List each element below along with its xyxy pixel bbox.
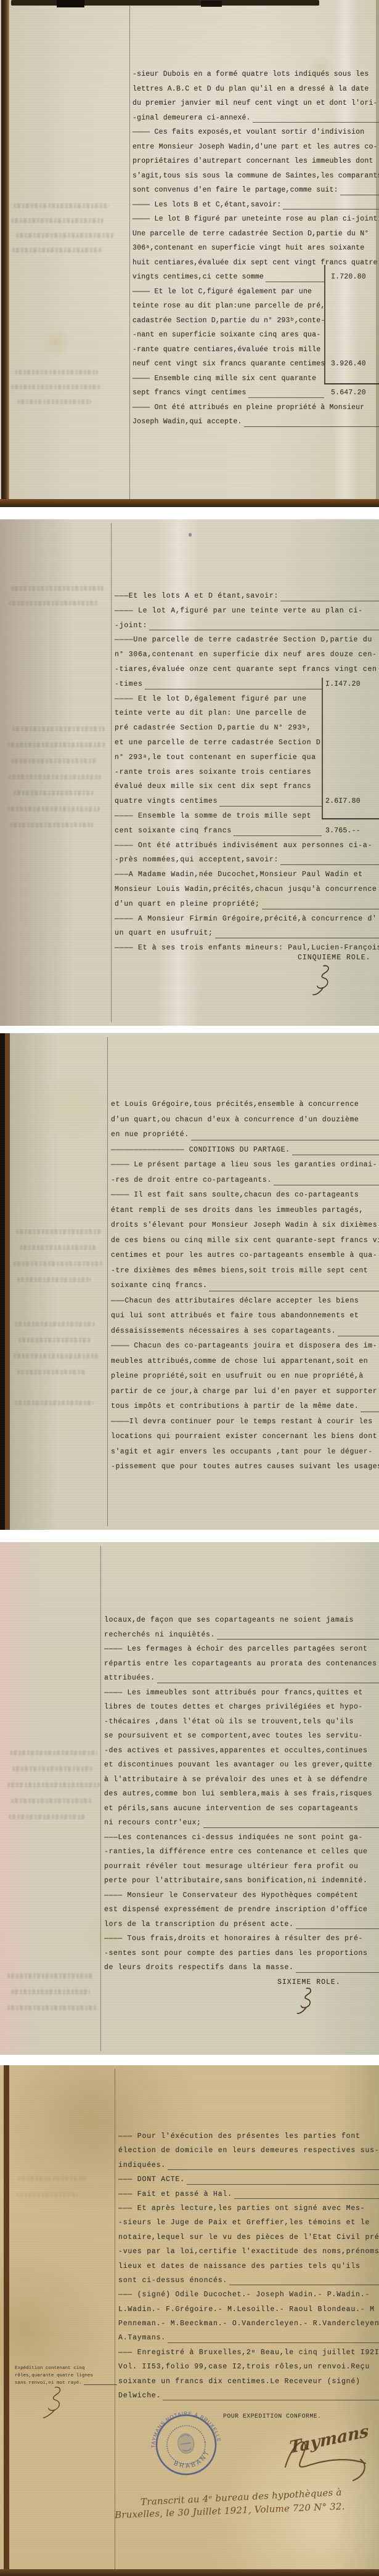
bleedthrough-text: [12, 726, 105, 731]
typed-line: recherchés ni inquiètés.: [104, 1628, 379, 1643]
typed-line: sont convenus d'en faire le partage,comm…: [132, 183, 379, 198]
typed-text-block: ——— Pour l'éxécution des présentes les p…: [118, 2129, 379, 2403]
typed-line: lors de la transcription du présent acte…: [104, 1917, 379, 1932]
binding-edge: [4, 2065, 9, 2576]
bleedthrough-text: [18, 1338, 91, 1343]
typed-line: ———— Ces faits exposés,et voulant sortir…: [132, 125, 379, 140]
typed-line: perte pour l'attributaire,sans bonificat…: [104, 1874, 379, 1888]
typed-line: ———Et les lots A et D étant,savoir:: [115, 589, 379, 604]
typed-line: élection de domicile en leurs demeures r…: [118, 2143, 379, 2158]
scan-page-3: et Louis Grégoire,tous précités,ensemble…: [0, 1033, 379, 1530]
typed-line: Delwiche.: [118, 2389, 379, 2403]
typed-line: et Louis Grégoire,tous précités,ensemble…: [111, 1097, 379, 1113]
typed-line: sept francs vingt centimes5.647.20: [132, 386, 379, 400]
typed-line: des autres,comme bon lui semblera,mais à…: [104, 1787, 379, 1802]
typed-text-block: -sieur Dubois en a formé quatre lots ind…: [132, 67, 379, 429]
typed-line: sans renvoi,ni mot rayé.: [15, 2379, 117, 2387]
handwritten-paraph: [309, 964, 332, 996]
amount-value: 3.765.--: [325, 824, 361, 839]
typed-text-block: ———Et les lots A et D étant,savoir:———— …: [115, 589, 379, 956]
bleedthrough-text: [9, 1814, 85, 1819]
bleedthrough-text: [20, 1245, 97, 1250]
bleedthrough-text: [12, 248, 102, 253]
bleedthrough-text: [12, 1766, 92, 1771]
margin-rule-line: [129, 4, 130, 503]
bleedthrough-text: [14, 1261, 103, 1266]
typed-line: -res de droit entre co-partageants.: [111, 1173, 379, 1188]
typed-line: cent soixante cinq francs3.765.--: [115, 824, 379, 839]
bleedthrough-text: [11, 384, 100, 389]
bleedthrough-text: [16, 2192, 78, 2197]
binding-edge: [0, 499, 379, 507]
bleedthrough-text: [7, 742, 106, 747]
typed-line: ———— Les fermages à échoir des parcelles…: [104, 1642, 379, 1657]
typed-line: du premier janvier mil neuf cent vingt u…: [132, 96, 379, 111]
typed-line: notaire,lequel sur le vu des pièces de l…: [118, 2230, 379, 2245]
typed-line: -rante trois ares soixante trois centiar…: [115, 765, 379, 780]
typed-line: -vues par la loi,certifie l'exactitude d…: [118, 2245, 379, 2259]
typed-text-block: et Louis Grégoire,tous précités,ensemble…: [111, 1097, 379, 1475]
amount-value: 5.647.20: [331, 386, 366, 400]
bleedthrough-text: [14, 1354, 99, 1359]
typed-line: centimes et pour les autres co-partagean…: [111, 1248, 379, 1264]
typed-line: pleine propriété,soit en usufruit ou en …: [111, 1369, 379, 1384]
amount-column-rule: [322, 678, 323, 818]
sum-total-rule: [322, 818, 379, 819]
typed-line: entre Monsieur Joseph Wadin,d'une part e…: [132, 140, 379, 155]
typed-line: ————Une parcelle de terre cadastrée Sect…: [115, 633, 379, 648]
typed-line: répartis entre les copartageants au pror…: [104, 1657, 379, 1672]
typed-line: ———— Et le lot D,également figuré par un…: [115, 692, 379, 707]
margin-rule-line: [115, 2069, 115, 2572]
typed-line: pourrait révéler tout mesurage ultérieur…: [104, 1859, 379, 1874]
typed-line: -sieur Dubois en a formé quatre lots ind…: [132, 67, 379, 82]
amount-column-rule: [324, 265, 325, 383]
typed-line: s'agit,tous sis sous la commune de Saint…: [132, 169, 379, 184]
bleedthrough-text: [18, 2176, 86, 2181]
ink-speck: [189, 533, 192, 537]
typed-line: ———— Ensemble la somme de trois mille se…: [115, 809, 379, 824]
typed-line: soixante cinq francs.: [111, 1278, 379, 1294]
page-edge-shadow: [11, 0, 319, 6]
typed-text-block: locaux,de façon que ses copartageants ne…: [104, 1613, 379, 1975]
typed-line: ———— Les immeubles sont attribués pour f…: [104, 1686, 379, 1700]
typed-line: ———— Les lots B et C,étant,savoir:: [132, 198, 379, 213]
typed-line: ———— Ont été attribués en pleine proprié…: [132, 400, 379, 415]
typed-line: attribuées.: [104, 1671, 379, 1686]
amount-value: 3.926.40: [331, 357, 366, 372]
amount-value: I.I47.20: [325, 677, 361, 692]
typed-line: -joint:: [115, 619, 379, 633]
typed-line: se poursuivent et se comportent,avec tou…: [104, 1729, 379, 1744]
bleedthrough-text: [11, 586, 104, 591]
typed-line: ——— (signé) Odile Ducochet.- Joseph Wadi…: [118, 2288, 379, 2302]
typed-line: -nant en superficie soixante cinq ares q…: [132, 328, 379, 343]
typed-line: teinte rose au dit plan:une parcelle de …: [132, 299, 379, 314]
typed-line: à l'attributaire à se prévaloir des unes…: [104, 1773, 379, 1787]
typed-line: ——— Fait et passé à Hal.: [118, 2187, 379, 2201]
bleedthrough-text: [7, 1973, 94, 1978]
typed-line: -tre dixièmes des mêmes biens,soit trois…: [111, 1264, 379, 1279]
typed-line: Expédition contenant cinq: [15, 2365, 117, 2372]
typed-line: ——— Et après lecture,les parties ont sig…: [118, 2201, 379, 2216]
bleedthrough-text: [15, 370, 98, 375]
sum-total-rule: [324, 383, 379, 384]
stamp-arc-bottom-text: BRABANT: [171, 2448, 213, 2472]
typed-line: et discontinues pouvant les avantager ou…: [104, 1758, 379, 1773]
typed-line: -ranties,la différence entre ces contena…: [104, 1845, 379, 1859]
bleedthrough-text: [10, 1750, 97, 1755]
typed-line: un quart en usufruit;: [115, 926, 379, 941]
bleedthrough-text: [9, 601, 98, 606]
bleedthrough-text: [7, 2005, 97, 2010]
typed-line: ——— Pour l'éxécution des présentes les p…: [118, 2129, 379, 2143]
typed-line: vingts centimes,ci cette sommeI.720.80: [132, 270, 379, 285]
typed-line: -timesI.I47.20: [115, 677, 379, 692]
typed-line: ———— Et le lot C,figuré également par un…: [132, 285, 379, 299]
typed-line: ni recours contr'eux;: [104, 1816, 379, 1830]
typed-line: L.Wadin.- F.Grégoire.- M.Lesoille.- Raou…: [118, 2302, 379, 2317]
bleedthrough-text: [17, 1370, 86, 1375]
svg-text:BRABANT: BRABANT: [171, 2448, 213, 2472]
typed-line: Penneman.- M.Beeckman.- O.Vandercleyen.-…: [118, 2317, 379, 2331]
typed-line: locations qui pourraient exister concern…: [111, 1429, 379, 1445]
typed-line: locaux,de façon que ses copartageants ne…: [104, 1613, 379, 1628]
scan-page-4: locaux,de façon que ses copartageants ne…: [0, 1542, 379, 2055]
typed-line: -ginal demeurera ci-annexé.: [132, 111, 379, 126]
typed-line: ———Chacun des attributaires déclare acce…: [111, 1294, 379, 1309]
bleedthrough-text: [11, 218, 104, 223]
bleedthrough-text: [15, 1322, 95, 1327]
bleedthrough-text: [16, 233, 115, 238]
typed-line: -pissement que pour toutes autres causes…: [111, 1460, 379, 1475]
expedition-margin-note: Expédition contenant cinqrôles,quarante …: [15, 2365, 117, 2387]
page-edge-shadow: [57, 0, 84, 7]
typed-line: ———— Le présent partage a lieu sous les …: [111, 1158, 379, 1173]
margin-rule-line: [111, 523, 112, 1022]
typed-line: tous impôts et contributions à partir de…: [111, 1399, 379, 1415]
bleedthrough-text: [14, 790, 94, 795]
typed-line: -près nommées,qui acceptent,savoir:: [115, 853, 379, 867]
role-number-label: CINQUIEME ROLE.: [298, 954, 371, 962]
typed-line: ——— DONT ACTE.: [118, 2172, 379, 2187]
typed-line: déssaisissements nécessaires à ses copar…: [111, 1324, 379, 1339]
certification-line: POUR EXPEDITION CONFORME.: [223, 2413, 321, 2420]
margin-rule-line: [107, 1037, 108, 1526]
scanned-notarial-deed-stack: -sieur Dubois en a formé quatre lots ind…: [0, 0, 379, 2576]
handwritten-paraph: [41, 2383, 63, 2421]
typed-line: n° 293ᵃ,le tout contenant en superficie …: [115, 750, 379, 765]
binding-edge: [1, 0, 9, 507]
bleedthrough-text: [11, 758, 97, 763]
typed-line: teinte verte au dit plan: Une parcelle d…: [115, 706, 379, 721]
role-number-label: SIXIEME ROLE.: [277, 1978, 341, 1986]
typed-line: d'un quart en pleine propriété;: [115, 897, 379, 912]
typed-line: ———— Le lot B figuré par uneteinte rose …: [132, 212, 379, 227]
typed-line: ——— Enregistré à Bruxelles,2ᵉ Beau,le ci…: [118, 2346, 379, 2360]
typed-line: Vol. II53,folio 99,case I2,trois rôles,u…: [118, 2360, 379, 2374]
typed-line: ———A Madame Wadin,née Ducochet,Monsieur …: [115, 867, 379, 882]
bleedthrough-text: [14, 203, 109, 208]
amount-value: I.720.80: [331, 270, 366, 285]
typed-line: partir de ce jour,à charge par lui d'en …: [111, 1384, 379, 1400]
typed-line: rôles,quarante quatre lignes: [15, 2372, 117, 2379]
typed-line: lieux et dates de naissance des parties …: [118, 2259, 379, 2273]
typed-line: ———— Le lot A,figuré par une teinte vert…: [115, 604, 379, 619]
typed-line: ———— Chacun des co-partageants jouira et…: [111, 1339, 379, 1354]
typed-line: 306ᵃ,contenant en superficie vingt huit …: [132, 241, 379, 256]
typed-line: -tiares,évaluée onze cent quarante sept …: [115, 662, 379, 677]
typed-line: ———— Ont été attribués indivisément aux …: [115, 839, 379, 853]
typed-line: de leurs droits respectifs dans la masse…: [104, 1960, 379, 1975]
typed-line: est dispensé expressément de prendre ins…: [104, 1903, 379, 1917]
typed-line: et périls,sans aucune intervention de se…: [104, 1802, 379, 1816]
typed-line: -sieurs le Juge de Paix et Greffier,les …: [118, 2216, 379, 2230]
typed-line: ———— Il est fait sans soulte,chacun des …: [111, 1188, 379, 1203]
bleedthrough-text: [7, 807, 100, 811]
typed-line: meubles attribués,comme de chose lui app…: [111, 1354, 379, 1370]
typed-line: d'un quart,ou chacun d'eux à concurrence…: [111, 1113, 379, 1128]
typed-line: ———— Tous frais,droits et honoraires à r…: [104, 1932, 379, 1946]
typed-line: ———— Monsieur le Conservateur des Hypoth…: [104, 1888, 379, 1903]
typed-line: évalué deux mille six cent dix sept fran…: [115, 779, 379, 794]
bleedthrough-text: [9, 774, 101, 779]
bleedthrough-text: [7, 1782, 100, 1787]
scan-page-5: ——— Pour l'éxécution des présentes les p…: [0, 2065, 379, 2576]
binding-edge: [0, 1033, 5, 1530]
margin-rule-line: [100, 1546, 101, 2051]
typed-line: ———— A Monsieur Firmin Grégoire,précité,…: [115, 912, 379, 927]
bleedthrough-text: [16, 1229, 102, 1234]
typed-line: s'agit et agir envers les occupants ,tan…: [111, 1445, 379, 1460]
bleedthrough-text: [17, 1277, 91, 1282]
typed-line: cadastrée Section D,partie du n° 293ᵇ,co…: [132, 314, 379, 328]
bleedthrough-text: [15, 1400, 94, 1405]
typed-line: propriétaires d'autrepart concernant les…: [132, 154, 379, 169]
binding-edge: [0, 2569, 379, 2576]
typed-line: ————Il devra continuer pour le temps res…: [111, 1415, 379, 1430]
typed-line: soixante un francs dix centimes.Le Recev…: [118, 2375, 379, 2389]
page-edge-shadow: [201, 1, 222, 7]
bleedthrough-text: [11, 1798, 92, 1803]
typed-line: -sentes sont pour compte des parties dan…: [104, 1946, 379, 1961]
typed-line: libres de toutes dettes et charges privi…: [104, 1700, 379, 1715]
typed-line: A.Taymans.: [118, 2331, 379, 2345]
typed-line: sont ci-dessus énoncés.: [118, 2273, 379, 2288]
typed-line: Une parcelle de terre cadastrée Section …: [132, 227, 379, 242]
bleedthrough-text: [10, 823, 93, 827]
typed-line: ———Les contenances ci-dessus indiquées n…: [104, 1830, 379, 1845]
bleedthrough-text: [17, 399, 91, 404]
typed-line: quatre vingts centimes2.6I7.80: [115, 794, 379, 809]
scan-page-1: -sieur Dubois en a formé quatre lots ind…: [0, 0, 379, 507]
typed-line: lettres A.B.C et D du plan qu'il en a dr…: [132, 82, 379, 97]
typed-line: indiquées.: [118, 2158, 379, 2172]
typed-line: pré cadastrée Section D,partie du N° 293…: [115, 721, 379, 736]
amount-value: 2.6I7.80: [325, 794, 361, 809]
typed-line: droits s'élevant pour Monsieur Joseph Wa…: [111, 1218, 379, 1233]
typed-line: étant rempli de ses droits dans les imme…: [111, 1203, 379, 1219]
typed-line: n° 306a,contenant en superficie dix neuf…: [115, 648, 379, 662]
typed-line: qui lui sont attribués et faire tous aba…: [111, 1309, 379, 1324]
typed-line: -rante quatre centiares,évaluée trois mi…: [132, 343, 379, 357]
typed-line: Joseph Wadin,qui accepte.: [132, 415, 379, 429]
scan-page-2: ———Et les lots A et D étant,savoir:———— …: [0, 519, 379, 1026]
typed-line: -thécaires ,dans l'état où ils se trouve…: [104, 1715, 379, 1729]
typed-line: en nue propriété.: [111, 1128, 379, 1143]
typed-line: -des actives et passives,apparentes et o…: [104, 1744, 379, 1758]
handwritten-paraph: [295, 1987, 313, 2015]
bleedthrough-text: [11, 1989, 90, 1994]
typed-line: huit centiares,évaluée dix sept cent vin…: [132, 256, 379, 270]
typed-line: de ces biens ou cinq mille six cent quar…: [111, 1233, 379, 1249]
typed-line: ———————————————— CONDITIONS DU PARTAGE.: [111, 1143, 379, 1158]
typed-line: Monsieur Louis Wadin,précités,chacun jus…: [115, 882, 379, 897]
typed-line: et une parcelle de terre cadastrée Secti…: [115, 736, 379, 750]
binding-edge: [5, 1033, 10, 1530]
notary-round-stamp: TAYMANS.NOTAIRE À BRUXELLES BRABANT: [141, 2400, 232, 2490]
typed-line: neuf cent vingt six francs quarante cent…: [132, 357, 379, 372]
